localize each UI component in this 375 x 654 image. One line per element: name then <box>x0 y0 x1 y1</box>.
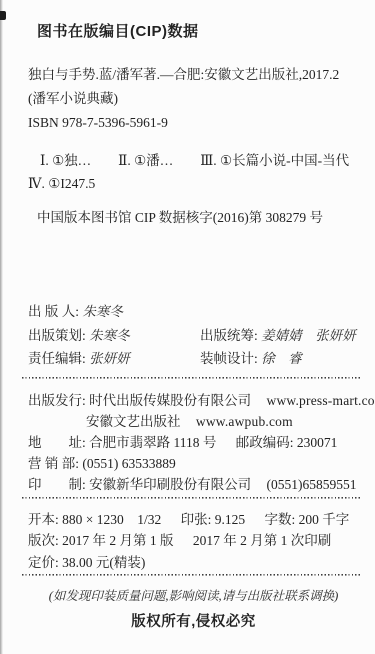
copyright-statement: 版权所有,侵权必究 <box>28 612 359 632</box>
price-label: 定价: <box>28 555 59 570</box>
sheets-value: 9.125 <box>215 512 245 527</box>
sheets-label: 印张: <box>181 512 212 527</box>
sales-line: 营 销 部: (0551) 63533889 <box>28 453 359 474</box>
dotted-separator-3 <box>22 574 361 576</box>
dotted-separator-1 <box>22 377 361 379</box>
designer-label: 装帧设计: <box>200 351 258 366</box>
book-title-line: 独白与手势.蓝/潘军著.—合肥:安徽文艺出版社,2017.2 <box>28 63 359 87</box>
coordinator-cell: 出版统筹: 姜婧婧 张妍妍 <box>200 324 356 348</box>
words-value: 200 千字 <box>299 512 350 527</box>
print-label: 印 制: <box>28 477 86 492</box>
planner-label: 出版策划: <box>28 328 86 343</box>
edition-line: 版次: 2017 年 2 月第 1 版 2017 年 2 月第 1 次印刷 <box>28 530 359 552</box>
address-line: 地 址: 合肥市翡翠路 1118 号 邮政编码: 230071 <box>28 432 359 453</box>
format-value: 880 × 1230 1/32 <box>62 512 161 527</box>
editor-name: 张妍妍 <box>89 351 130 366</box>
price-line: 定价: 38.00 元(精装) <box>28 552 359 574</box>
print-line: 印 制: 安徽新华印刷股份有限公司 (0551)65859551 <box>28 474 359 495</box>
edition-value: 2017 年 2 月第 1 版 <box>62 533 173 548</box>
format-label: 开本: <box>28 512 59 527</box>
staff-row-planning: 出版策划: 朱寒冬 出版统筹: 姜婧婧 张妍妍 <box>28 324 359 348</box>
cip-classification: Ⅰ. ①独… Ⅱ. ①潘… Ⅲ. ①长篇小说-中国-当代 Ⅳ. ①I247.5 <box>28 149 359 195</box>
words-label: 字数: <box>265 512 296 527</box>
print-company: 安徽新华印刷股份有限公司 <box>89 477 251 492</box>
staff-row-publisher: 出 版 人: 朱寒冬 <box>28 300 359 324</box>
editor-label: 责任编辑: <box>28 351 86 366</box>
staff-row-editing: 责任编辑: 张妍妍 装帧设计: 徐 睿 <box>28 347 359 371</box>
postcode-label: 邮政编码: <box>236 435 294 450</box>
staff-block: 出 版 人: 朱寒冬 出版策划: 朱寒冬 出版统筹: 姜婧婧 张妍妍 责任编辑:… <box>28 300 359 371</box>
postcode-value: 230071 <box>297 435 338 450</box>
book-isbn: ISBN 978-7-5396-5961-9 <box>28 111 359 135</box>
planner-cell: 出版策划: 朱寒冬 <box>28 324 200 348</box>
cip-book-info: 独白与手势.蓝/潘军著.—合肥:安徽文艺出版社,2017.2 (潘军小说典藏) … <box>28 63 359 135</box>
issue-label: 出版发行: <box>28 393 86 408</box>
scan-smudge <box>0 11 6 20</box>
issue-site: www.press-mart.com <box>267 393 375 408</box>
publishing-block: 出版发行: 时代出版传媒股份有限公司 www.press-mart.com 安徽… <box>28 390 359 495</box>
editor-cell: 责任编辑: 张妍妍 <box>28 347 200 371</box>
issue-site-2: www.awpub.com <box>196 414 293 429</box>
cip-header: 图书在版编目(CIP)数据 <box>37 22 359 42</box>
designer-name: 徐 睿 <box>261 351 302 366</box>
publisher-name: 朱寒冬 <box>82 304 123 319</box>
book-series-line: (潘军小说典藏) <box>28 87 359 111</box>
coordinator-names: 姜婧婧 张妍妍 <box>261 328 356 343</box>
sales-phone: (0551) 63533889 <box>82 456 175 471</box>
print-phone: (0551)65859551 <box>267 477 357 492</box>
book-copyright-page: 图书在版编目(CIP)数据 独白与手势.蓝/潘军著.—合肥:安徽文艺出版社,20… <box>0 0 375 654</box>
cip-record-number: 中国版本图书馆 CIP 数据核字(2016)第 308279 号 <box>37 208 359 228</box>
planner-name: 朱寒冬 <box>89 328 130 343</box>
sales-label: 营 销 部: <box>28 456 79 471</box>
edition-label: 版次: <box>28 533 59 548</box>
issue-company-2: 安徽文艺出版社 <box>86 414 181 429</box>
address-value: 合肥市翡翠路 1118 号 <box>89 435 216 450</box>
designer-cell: 装帧设计: 徐 睿 <box>200 347 302 371</box>
price-value: 38.00 元(精装) <box>62 555 145 570</box>
classification-line-2: Ⅳ. ①I247.5 <box>28 172 359 195</box>
quality-notice: (如发现印装质量问题,影响阅读,请与出版社联系调换) <box>28 587 359 605</box>
issue-line-2: 安徽文艺出版社 www.awpub.com <box>28 411 359 432</box>
scan-edge-shadow <box>0 0 3 654</box>
publisher-label: 出 版 人: <box>28 304 79 319</box>
publisher-cell: 出 版 人: 朱寒冬 <box>28 300 200 324</box>
coordinator-label: 出版统筹: <box>200 328 258 343</box>
address-label: 地 址: <box>28 435 86 450</box>
impression-value: 2017 年 2 月第 1 次印刷 <box>193 533 331 548</box>
issue-company: 时代出版传媒股份有限公司 <box>89 393 251 408</box>
issue-line: 出版发行: 时代出版传媒股份有限公司 www.press-mart.com <box>28 390 359 411</box>
classification-line-1: Ⅰ. ①独… Ⅱ. ①潘… Ⅲ. ①长篇小说-中国-当代 <box>40 149 359 172</box>
dotted-separator-2 <box>22 497 361 499</box>
format-line: 开本: 880 × 1230 1/32 印张: 9.125 字数: 200 千字 <box>28 509 359 531</box>
print-specs-block: 开本: 880 × 1230 1/32 印张: 9.125 字数: 200 千字… <box>28 509 359 574</box>
